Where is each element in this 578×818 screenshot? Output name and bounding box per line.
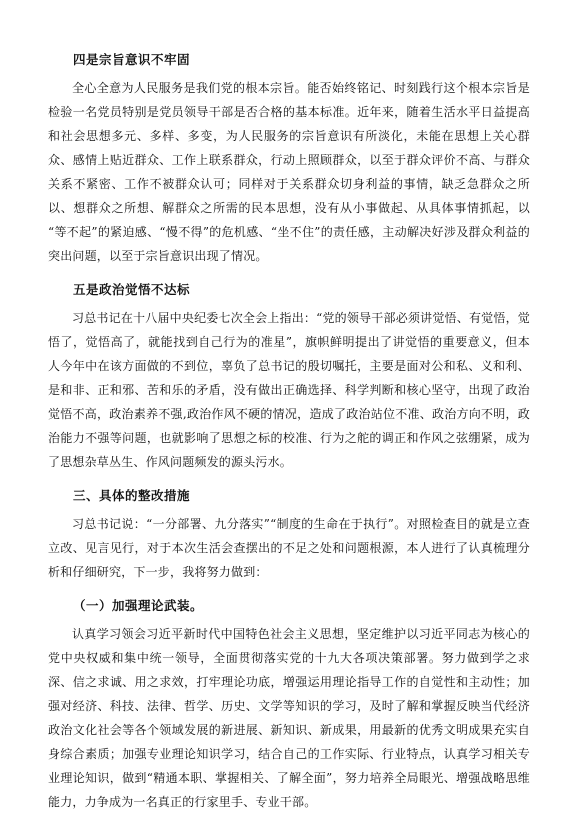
section-heading-political-consciousness: 五是政治觉悟不达标 xyxy=(48,280,530,300)
document-page: 四是宗旨意识不牢固 全心全意为人民服务是我们党的根本宗旨。能否始终铭记、时刻践行… xyxy=(0,0,578,818)
paragraph-purpose-awareness: 全心全意为人民服务是我们党的根本宗旨。能否始终铭记、时刻践行这个根本宗旨是检验一… xyxy=(48,76,530,268)
paragraph-political-consciousness: 习总书记在十八届中央纪委七次全会上指出：“党的领导干部必须讲觉悟、有觉悟，觉悟了… xyxy=(48,306,530,474)
section-heading-rectification-measures: 三、具体的整改措施 xyxy=(48,486,530,506)
paragraph-rectification-intro: 习总书记说：“一分部署、九分落实”“制度的生命在于执行”。对照检查目的就是立查立… xyxy=(48,512,530,584)
paragraph-strengthen-theory: 认真学习领会习近平新时代中国特色社会主义思想，坚定维护以习近平同志为核心的党中央… xyxy=(48,622,530,814)
section-heading-purpose-awareness: 四是宗旨意识不牢固 xyxy=(48,50,530,70)
section-heading-strengthen-theory: （一）加强理论武装。 xyxy=(48,596,530,616)
